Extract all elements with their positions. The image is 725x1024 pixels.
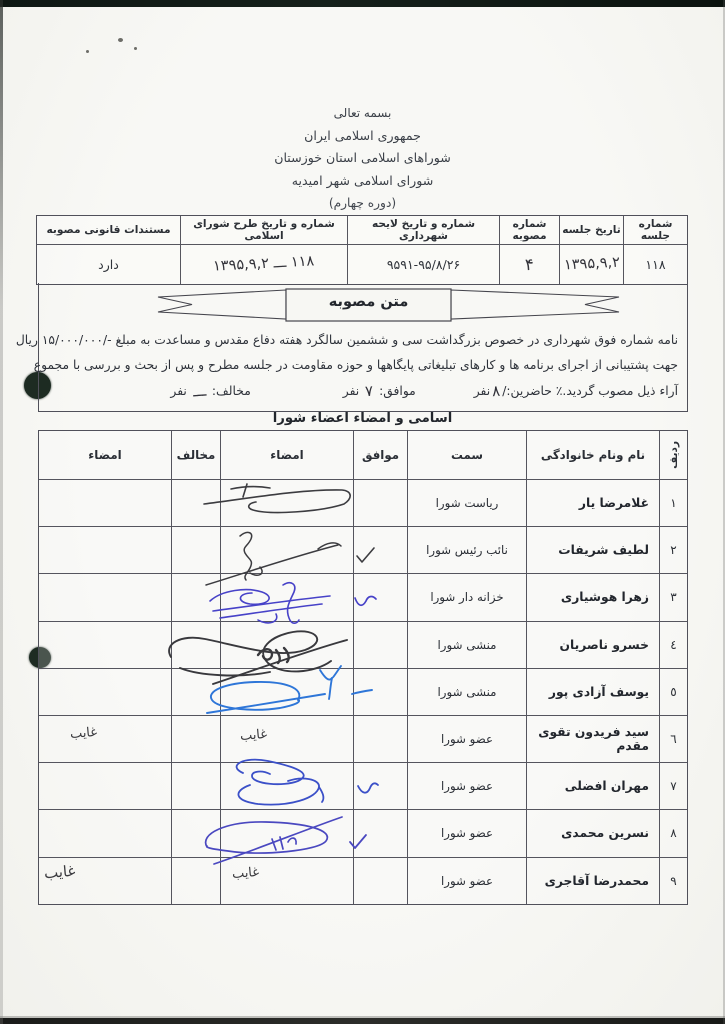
member-row-9: ۹ محمدرضا آقاجری عضو شورا [39,857,687,904]
col-legal-docs: مستندات قانونی مصوبه دارد [37,216,180,284]
col-resolution-no: شماره مصوبه ۴ [499,216,559,284]
signature-cell [220,574,353,620]
resolution-banner-title: متن مصوبه [286,294,451,310]
member-name: مهران افضلی [526,763,659,809]
member-role: منشی شورا [407,669,526,715]
resolution-line1-text: نامه شماره فوق شهرداری در خصوص بزرگداشت … [115,333,678,347]
scan-edge-bottom-shadow [0,1016,725,1018]
member-role: عضو شورا [407,858,526,904]
oppose-label: مخالف: [212,384,251,398]
header-signature-2: امضاء [39,431,171,479]
resolution-line-3: آراء ذیل مصوب گردید.٪ حاضرین:/۸نفر موافق… [50,378,678,403]
member-name: غلامرضا یار [526,480,659,526]
present-count-handwritten: ۸ [491,379,501,405]
member-role: عضو شورا [407,763,526,809]
absent-note-row6-signature2: غایب [69,725,97,742]
resolution-line-1: نامه شماره فوق شهرداری در خصوص بزرگداشت … [50,328,678,353]
oppose-cell [171,480,220,526]
letterhead-line: جمهوری اسلامی ایران [0,125,725,148]
agree-cell [353,669,407,715]
signature-cell-2 [39,480,171,526]
members-table: ردیف نام ونام خانوادگی سمت موافق امضاء م… [38,430,688,905]
header-resolution-no: شماره مصوبه [500,216,559,245]
letterhead-line: شورای اسلامی شهر امیدیه [0,170,725,193]
header-oppose: مخالف [171,431,220,479]
value-resolution-no-handwritten: ۴ [525,254,535,273]
agree-cell [353,527,407,573]
letterhead: بسمه تعالی جمهوری اسلامی ایران شوراهای ا… [0,102,725,215]
signature-cell [220,669,353,715]
scan-edge-top [0,0,725,7]
currency-label: ریال [16,333,38,347]
header-row-no: ردیف [659,431,687,479]
resolution-line-2: جهت پشتیبانی از اجرای برنامه ها و کارهای… [50,353,678,378]
col-municipality-bill: شماره و تاریخ لایحه شهرداری ۹۵۹۱-۹۵/۸/۲۶ [347,216,499,284]
present-segment: آراء ذیل مصوب گردید.٪ حاضرین:/۸نفر [474,378,678,404]
oppose-segment: مخالف: ـــ نفر [170,378,250,404]
oppose-cell [171,527,220,573]
member-role: منشی شورا [407,622,526,668]
member-name: سید فریدون تقوی مقدم [526,716,659,762]
oppose-unit: نفر [170,384,186,398]
member-name: لطیف شریفات [526,527,659,573]
ribbon-left-tail [158,290,286,319]
scan-speck [134,47,137,50]
members-section-title: اسامی و امضاء اعضاء شورا [0,411,725,426]
resolution-info-table: شماره جلسه ۱۱۸ تاریخ جلسه ۱۳۹۵,۹,۲ شماره… [36,215,688,285]
oppose-cell [171,716,220,762]
oppose-cell [171,574,220,620]
row-number: ۱ [659,480,687,526]
row-number: ۹ [659,858,687,904]
agree-cell [353,810,407,856]
letterhead-line: شوراهای اسلامی استان خوزستان [0,147,725,170]
member-name: زهرا هوشیاری [526,574,659,620]
member-row-4: ٤ خسرو ناصریان منشی شورا [39,621,687,668]
ribbon-right-tail [451,290,619,319]
scanned-document-page: بسمه تعالی جمهوری اسلامی ایران شوراهای ا… [0,0,725,1024]
oppose-cell [171,622,220,668]
member-name: یوسف آزادی پور [526,669,659,715]
amount-value: -/۱۵/۰۰۰/۰۰۰ [42,333,112,347]
row-number: ٥ [659,669,687,715]
member-name: محمدرضا آقاجری [526,858,659,904]
row-number: ۸ [659,810,687,856]
row-number: ۲ [659,527,687,573]
oppose-cell [171,763,220,809]
member-row-1: ۱ غلامرضا یار ریاست شورا [39,479,687,526]
scan-speck [118,38,123,42]
oppose-cell [171,669,220,715]
member-row-3: ۳ زهرا هوشیاری خزانه دار شورا [39,573,687,620]
col-council-plan: شماره و تاریخ طرح شورای اسلامی ۱۱۸ ـــ ۱… [180,216,347,284]
header-legal-docs: مستندات قانونی مصوبه [37,216,180,245]
oppose-count-handwritten: ـــ [192,379,207,405]
signature-cell [220,763,353,809]
scan-edge-bottom [0,1018,725,1024]
agree-label: موافق: [379,384,416,398]
header-municipality-bill: شماره و تاریخ لایحه شهرداری [348,216,499,245]
resolution-text-box: متن مصوبه نامه شماره فوق شهرداری در خصوص… [38,283,688,412]
agree-cell [353,716,407,762]
header-council-plan: شماره و تاریخ طرح شورای اسلامی [181,216,347,245]
oppose-cell [171,858,220,904]
header-signature: امضاء [220,431,353,479]
row-number: ٦ [659,716,687,762]
value-council-plan-handwritten: ۱۱۸ ـــ ۱۳۹۵,۹,۲ [213,253,315,274]
signature-cell [220,480,353,526]
members-table-header: ردیف نام ونام خانوادگی سمت موافق امضاء م… [39,431,687,479]
header-name: نام ونام خانوادگی [526,431,659,479]
signature-cell [220,622,353,668]
value-municipality-bill: ۹۵۹۱-۹۵/۸/۲۶ [348,245,499,283]
resolution-body: نامه شماره فوق شهرداری در خصوص بزرگداشت … [50,328,678,403]
signature-cell-2 [39,527,171,573]
signature-cell-2 [39,810,171,856]
value-session-no: ۱۱۸ [624,245,687,283]
present-unit: نفر [474,384,490,398]
absent-note-row9-signature2: غایب [43,862,76,883]
agree-cell [353,858,407,904]
agree-cell [353,622,407,668]
signature-cell [220,527,353,573]
value-session-date-handwritten: ۱۳۹۵,۹,۲ [563,255,620,274]
present-label: آراء ذیل مصوب گردید.٪ حاضرین:/ [502,384,678,398]
row-number: ٤ [659,622,687,668]
agree-unit: نفر [343,384,359,398]
member-name: نسرین محمدی [526,810,659,856]
member-name: خسرو ناصریان [526,622,659,668]
header-session-no: شماره جلسه [624,216,687,245]
agree-cell [353,480,407,526]
agree-segment: موافق: ۷ نفر [343,378,416,404]
signature-cell [220,810,353,856]
member-role: عضو شورا [407,810,526,856]
oppose-cell [171,810,220,856]
agree-count-handwritten: ۷ [364,379,374,405]
absent-note-row9-signature: غایب [231,865,259,882]
row-number: ۷ [659,763,687,809]
member-role: ریاست شورا [407,480,526,526]
agree-cell [353,574,407,620]
row-number: ۳ [659,574,687,620]
signature-cell-2 [39,622,171,668]
agree-cell [353,763,407,809]
letterhead-line: بسمه تعالی [0,102,725,125]
letterhead-line: (دوره چهارم) [0,192,725,215]
scan-speck [86,50,89,53]
member-row-8: ۸ نسرین محمدی عضو شورا [39,809,687,856]
header-agree: موافق [353,431,407,479]
member-row-6: ٦ سید فریدون تقوی مقدم عضو شورا [39,715,687,762]
member-role: خزانه دار شورا [407,574,526,620]
header-role: سمت [407,431,526,479]
value-legal-docs: دارد [37,245,180,283]
header-row-no-label: ردیف [668,441,680,469]
header-session-date: تاریخ جلسه [560,216,623,245]
member-role: نائب رئیس شورا [407,527,526,573]
absent-note-row6-signature: غایب [239,727,267,744]
member-row-7: ۷ مهران افضلی عضو شورا [39,762,687,809]
signature-cell-2 [39,763,171,809]
signature-cell-2 [39,716,171,762]
col-session-no: شماره جلسه ۱۱۸ [623,216,687,284]
member-row-5: ٥ یوسف آزادی پور منشی شورا [39,668,687,715]
col-session-date: تاریخ جلسه ۱۳۹۵,۹,۲ [559,216,623,284]
member-role: عضو شورا [407,716,526,762]
signature-cell-2 [39,574,171,620]
signature-cell-2 [39,669,171,715]
member-row-2: ۲ لطیف شریفات نائب رئیس شورا [39,526,687,573]
